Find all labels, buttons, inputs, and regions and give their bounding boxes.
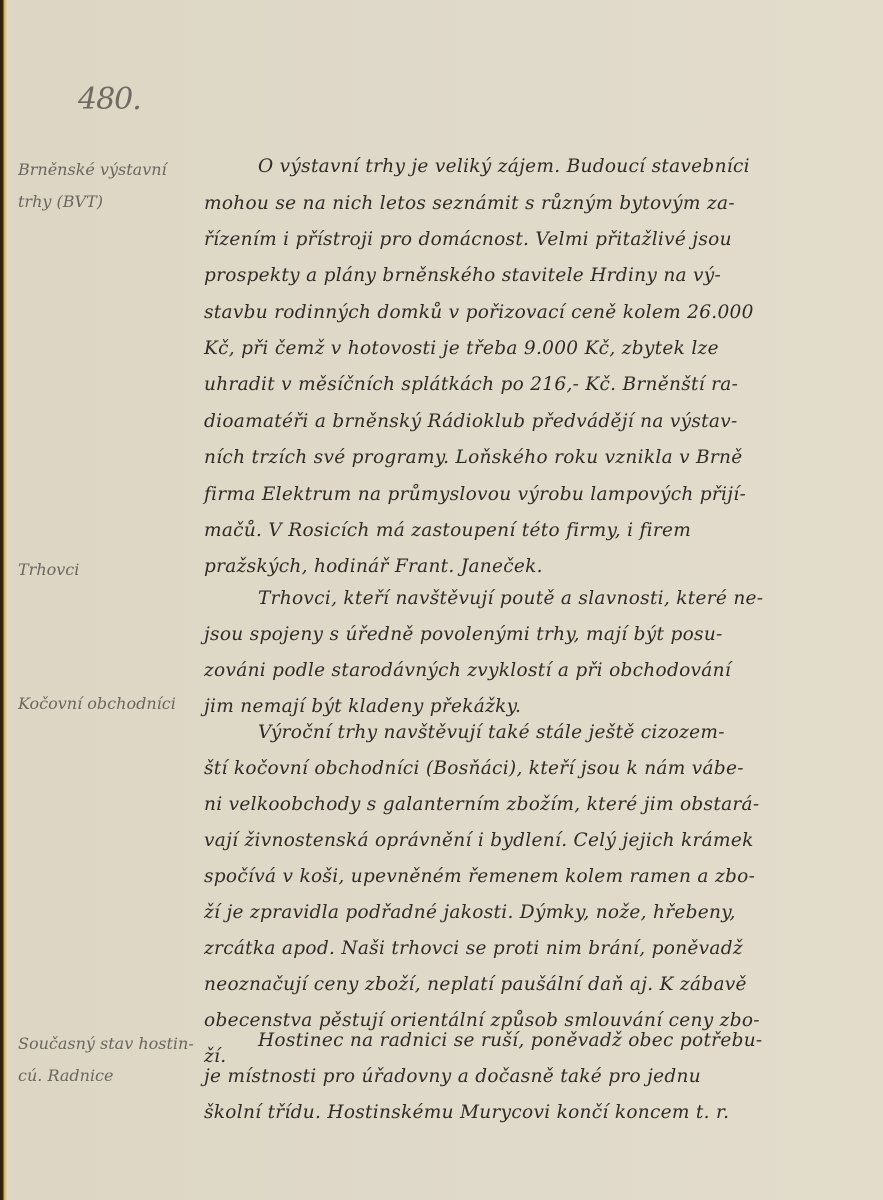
body-line: ni velkoobchody s galanterním zbožím, kt… xyxy=(204,794,759,815)
body-line: ží je zpravidla podřadné jakosti. Dýmky,… xyxy=(204,902,736,923)
body-line: ží. xyxy=(204,1046,226,1067)
body-line: neoznačují ceny zboží, neplatí paušální … xyxy=(204,974,747,995)
margin-note-trhovci: Trhovci xyxy=(18,554,79,586)
page-number: 480. xyxy=(78,82,141,117)
margin-note-line: Současný stav hostin- xyxy=(18,1028,194,1060)
margin-note-kocovni-obchodnici: Kočovní obchodníci xyxy=(18,688,176,720)
body-line: firma Elektrum na průmyslovou výrobu lam… xyxy=(204,484,746,505)
body-line: jsou spojeny s úředně povolenými trhy, m… xyxy=(204,624,723,645)
body-line: obecenstva pěstují orientální způsob sml… xyxy=(204,1010,760,1031)
body-line: mačů. V Rosicích má zastoupení této firm… xyxy=(204,520,691,541)
body-line: školní třídu. Hostinskému Murycovi končí… xyxy=(204,1102,729,1123)
body-line: zováni podle starodávných zvyklostí a př… xyxy=(204,660,731,681)
body-line: uhradit v měsíčních splátkách po 216,- K… xyxy=(204,374,738,395)
margin-note-line: cú. Radnice xyxy=(18,1060,194,1092)
manuscript-page: 480. Brněnské výstavní trhy (BVT) Trhovc… xyxy=(0,0,883,1200)
margin-note-line: Trhovci xyxy=(18,554,79,586)
body-line: Kč, při čemž v hotovosti je třeba 9.000 … xyxy=(204,338,719,359)
body-line: je místnosti pro úřadovny a dočasně také… xyxy=(204,1066,701,1087)
body-line: Výroční trhy navštěvují také stále ještě… xyxy=(258,722,725,743)
margin-note-line: Brněnské výstavní xyxy=(18,154,167,186)
body-line: mohou se na nich letos seznámit s různým… xyxy=(204,193,735,214)
body-line: ští kočovní obchodníci (Bosňáci), kteří … xyxy=(204,758,744,779)
body-line: vají živnostenská oprávnění i bydlení. C… xyxy=(204,830,754,851)
body-line: prospekty a plány brněnského stavitele H… xyxy=(204,265,721,286)
body-line: stavbu rodinných domků v pořizovací ceně… xyxy=(204,302,754,323)
body-line: Hostinec na radnici se ruší, poněvadž ob… xyxy=(258,1030,762,1051)
body-line: O výstavní trhy je veliký zájem. Budoucí… xyxy=(258,156,750,177)
body-line: spočívá v koši, upevněném řemenem kolem … xyxy=(204,866,755,887)
margin-note-line: Kočovní obchodníci xyxy=(18,688,176,720)
body-line: jim nemají být kladeny překážky. xyxy=(204,696,521,717)
margin-note-bvt: Brněnské výstavní trhy (BVT) xyxy=(18,154,167,218)
body-line: pražských, hodinář Frant. Janeček. xyxy=(204,556,543,577)
body-line: Trhovci, kteří navštěvují poutě a slavno… xyxy=(258,588,763,609)
margin-note-hostinec-radnice: Současný stav hostin- cú. Radnice xyxy=(18,1028,194,1092)
body-line: zrcátka apod. Naši trhovci se proti nim … xyxy=(204,938,743,959)
body-line: ních trzích své programy. Loňského roku … xyxy=(204,447,743,468)
body-line: dioamatéři a brněnský Rádioklub předvádě… xyxy=(204,411,738,432)
body-line: řízením i přístroji pro domácnost. Velmi… xyxy=(204,229,732,250)
margin-note-line: trhy (BVT) xyxy=(18,186,167,218)
